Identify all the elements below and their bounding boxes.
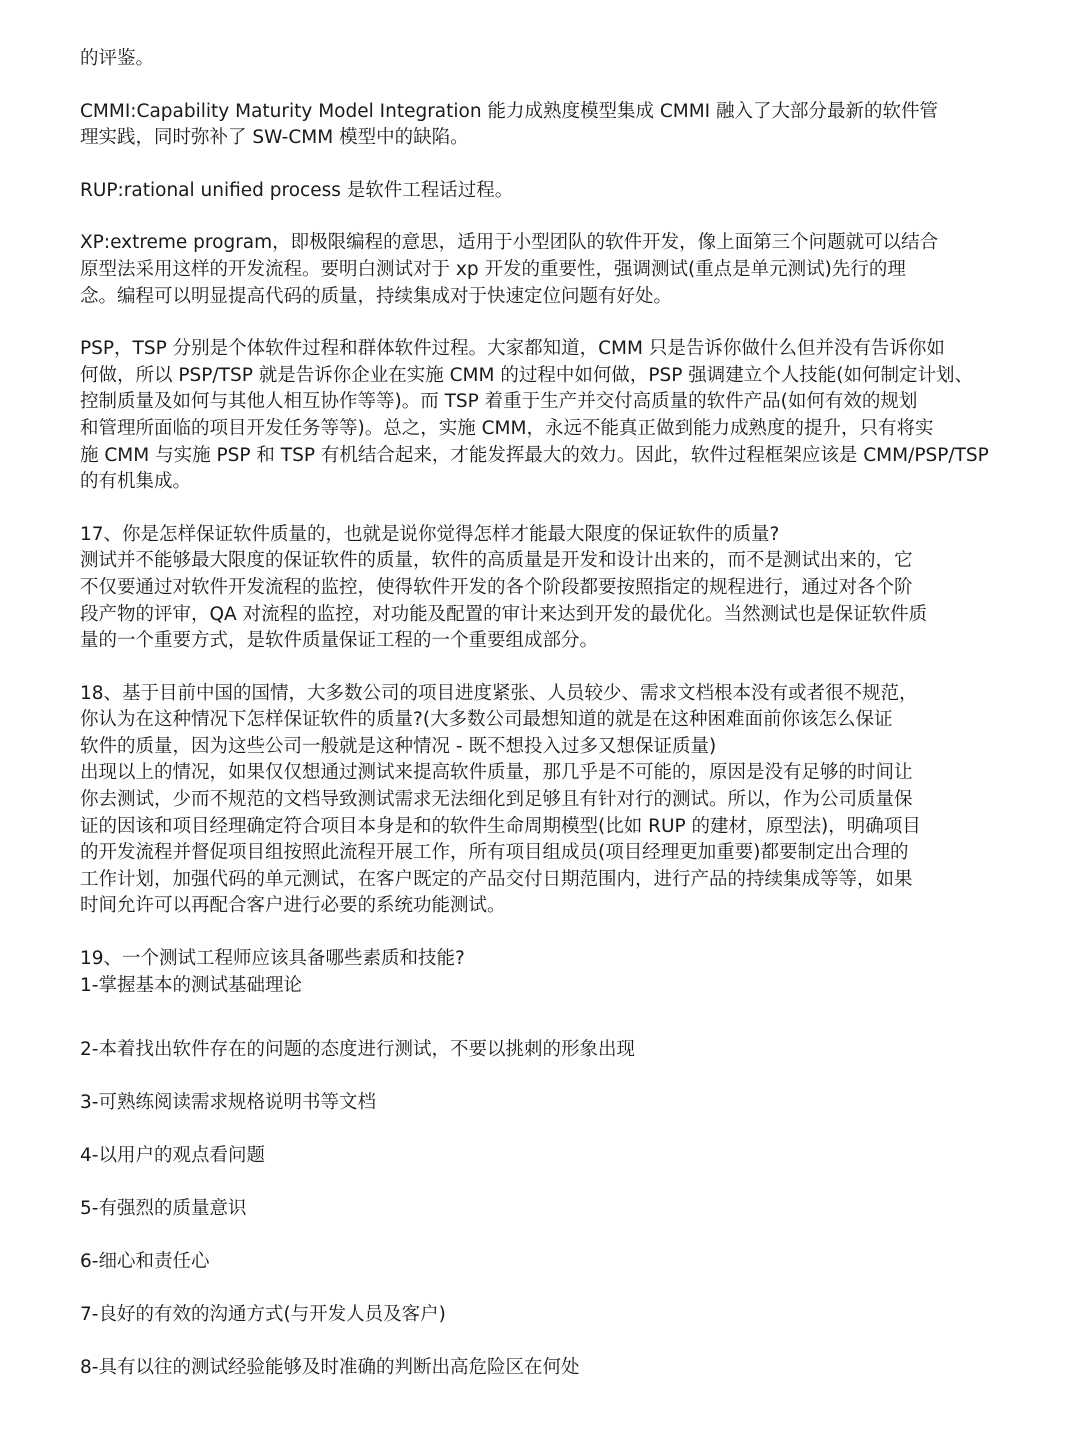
paragraph-gap (80, 496, 1005, 522)
text-line: 测试并不能够最大限度的保证软件的质量，软件的高质量是开发和设计出来的，而不是测试… (80, 548, 1005, 575)
paragraph-gap (80, 152, 1005, 178)
skill-item: 7-良好的有效的沟通方式(与开发人员及客户) (80, 1302, 446, 1328)
text-line: 19、一个测试工程师应该具备哪些素质和技能? (80, 946, 1005, 973)
text-line: 1-掌握基本的测试基础理论 (80, 973, 1005, 1000)
text-line: CMMI:Capability Maturity Model Integrati… (80, 99, 1005, 126)
paragraph-xp: XP:extreme program，即极限编程的意思，适用于小型团队的软件开发… (80, 230, 1005, 310)
text-line: XP:extreme program，即极限编程的意思，适用于小型团队的软件开发… (80, 230, 1005, 257)
skill-item: 2-本着找出软件存在的问题的态度进行测试，不要以挑刺的形象出现 (80, 1037, 635, 1063)
skill-item: 4-以用户的观点看问题 (80, 1143, 265, 1169)
text-line: 何做，所以 PSP/TSP 就是告诉你企业在实施 CMM 的过程中如何做，PSP… (80, 363, 1005, 390)
skill-item: 3-可熟练阅读需求规格说明书等文档 (80, 1090, 376, 1116)
paragraph-gap (80, 920, 1005, 946)
text-line: 的开发流程并督促项目组按照此流程开展工作，所有项目组成员(项目经理更加重要)都要… (80, 840, 1005, 867)
text-line: 控制质量及如何与其他人相互协作等等)。而 TSP 着重于生产并交付高质量的软件产… (80, 389, 1005, 416)
skill-item: 5-有强烈的质量意识 (80, 1196, 246, 1222)
text-line: 施 CMM 与实施 PSP 和 TSP 有机结合起来，才能发挥最大的效力。因此，… (80, 443, 1005, 470)
text-line: 18、基于目前中国的国情，大多数公司的项目进度紧张、人员较少、需求文档根本没有或… (80, 681, 1005, 708)
paragraph-gap (80, 310, 1005, 336)
skill-item: 8-具有以往的测试经验能够及时准确的判断出高危险区在何处 (80, 1355, 579, 1381)
text-line: 原型法采用这样的开发流程。要明白测试对于 xp 开发的重要性，强调测试(重点是单… (80, 257, 1005, 284)
paragraph-q18: 18、基于目前中国的国情，大多数公司的项目进度紧张、人员较少、需求文档根本没有或… (80, 681, 1005, 920)
text-line: 时间允许可以再配合客户进行必要的系统功能测试。 (80, 893, 1005, 920)
paragraph-tail: 的评鉴。 (80, 46, 1005, 73)
text-line: 段产物的评审，QA 对流程的监控，对功能及配置的审计来达到开发的最优化。当然测试… (80, 602, 1005, 629)
text-line: 你认为在这种情况下怎样保证软件的质量?(大多数公司最想知道的就是在这种困难面前你… (80, 707, 1005, 734)
text-line: 理实践，同时弥补了 SW-CMM 模型中的缺陷。 (80, 125, 1005, 152)
paragraph-cmmi: CMMI:Capability Maturity Model Integrati… (80, 99, 1005, 152)
text-line: 证的因该和项目经理确定符合项目本身是和的软件生命周期模型(比如 RUP 的建材，… (80, 814, 1005, 841)
text-line: 的评鉴。 (80, 46, 1005, 73)
paragraph-gap (80, 655, 1005, 681)
text-line: PSP，TSP 分别是个体软件过程和群体软件过程。大家都知道，CMM 只是告诉你… (80, 336, 1005, 363)
document-body: 的评鉴。CMMI:Capability Maturity Model Integ… (80, 46, 1005, 999)
document-page: 的评鉴。CMMI:Capability Maturity Model Integ… (80, 46, 1005, 999)
paragraph-rup: RUP:rational unified process 是软件工程话过程。 (80, 178, 1005, 205)
paragraph-q17: 17、你是怎样保证软件质量的，也就是说你觉得怎样才能最大限度的保证软件的质量?测… (80, 522, 1005, 655)
text-line: 你去测试，少而不规范的文档导致测试需求无法细化到足够且有针对行的测试。所以，作为… (80, 787, 1005, 814)
paragraph-gap (80, 204, 1005, 230)
text-line: 和管理所面临的项目开发任务等等)。总之，实施 CMM，永远不能真正做到能力成熟度… (80, 416, 1005, 443)
text-line: 17、你是怎样保证软件质量的，也就是说你觉得怎样才能最大限度的保证软件的质量? (80, 522, 1005, 549)
paragraph-psp-tsp: PSP，TSP 分别是个体软件过程和群体软件过程。大家都知道，CMM 只是告诉你… (80, 336, 1005, 496)
paragraph-q19: 19、一个测试工程师应该具备哪些素质和技能?1-掌握基本的测试基础理论 (80, 946, 1005, 999)
paragraph-gap (80, 73, 1005, 99)
text-line: 出现以上的情况，如果仅仅想通过测试来提高软件质量，那几乎是不可能的，原因是没有足… (80, 760, 1005, 787)
text-line: 工作计划，加强代码的单元测试，在客户既定的产品交付日期范围内，进行产品的持续集成… (80, 867, 1005, 894)
skill-item: 6-细心和责任心 (80, 1249, 209, 1275)
text-line: 的有机集成。 (80, 469, 1005, 496)
text-line: 不仅要通过对软件开发流程的监控，使得软件开发的各个阶段都要按照指定的规程进行，通… (80, 575, 1005, 602)
text-line: RUP:rational unified process 是软件工程话过程。 (80, 178, 1005, 205)
text-line: 软件的质量，因为这些公司一般就是这种情况 - 既不想投入过多又想保证质量) (80, 734, 1005, 761)
text-line: 量的一个重要方式，是软件质量保证工程的一个重要组成部分。 (80, 628, 1005, 655)
text-line: 念。编程可以明显提高代码的质量，持续集成对于快速定位问题有好处。 (80, 284, 1005, 311)
